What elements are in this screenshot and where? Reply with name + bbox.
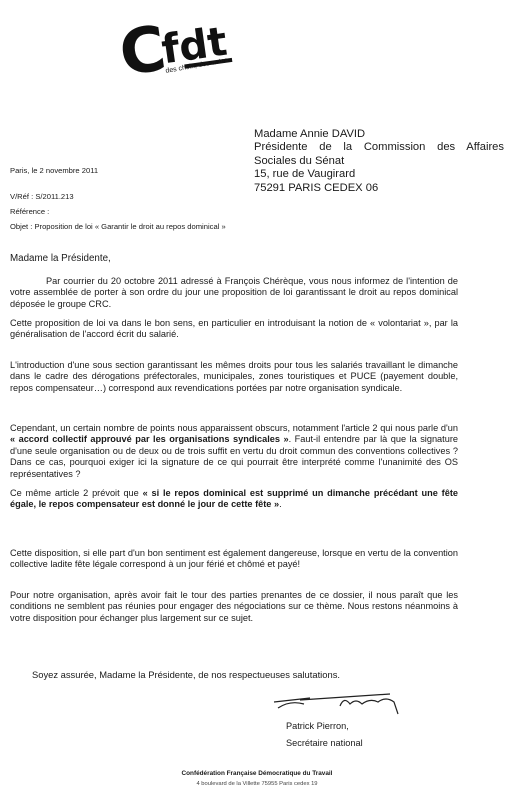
p4-text: Cependant, un certain nombre de points n… xyxy=(10,423,458,433)
cfdt-logo-icon: C fdt xyxy=(112,8,262,88)
signer-block: Patrick Pierron, Secrétaire national xyxy=(286,718,363,752)
salutation: Madame la Présidente, xyxy=(10,253,111,264)
paragraph-4: Cependant, un certain nombre de points n… xyxy=(10,423,458,480)
letter-date: Paris, le 2 novembre 2011 xyxy=(10,166,98,175)
recipient-address: Madame Annie DAVID Présidente de la Comm… xyxy=(254,128,504,195)
letter-reference: Référence : xyxy=(10,207,49,216)
handwritten-signature xyxy=(270,688,410,716)
recipient-title-2: Sociales du Sénat xyxy=(254,155,504,168)
letter-vref: V/Réf : S/2011.213 xyxy=(10,192,74,201)
paragraph-3: L'introduction d'une sous section garant… xyxy=(10,360,458,394)
letter-subject: Objet : Proposition de loi « Garantir le… xyxy=(10,222,226,231)
paragraph-7: Pour notre organisation, après avoir fai… xyxy=(10,590,458,624)
signer-name: Patrick Pierron, xyxy=(286,718,363,735)
paragraph-5: Ce même article 2 prévoit que « si le re… xyxy=(10,488,458,511)
footer-address: 4 boulevard de la Villette 75955 Paris c… xyxy=(0,781,514,787)
p5-text: Ce même article 2 prévoit que xyxy=(10,488,143,498)
signer-role: Secrétaire national xyxy=(286,735,363,752)
signature-icon xyxy=(270,688,410,716)
p5-text-2: . xyxy=(279,499,282,509)
recipient-city: 75291 PARIS CEDEX 06 xyxy=(254,182,504,195)
p4-emphasis: « accord collectif approuvé par les orga… xyxy=(10,434,289,444)
cfdt-logo: C fdt xyxy=(112,8,262,88)
recipient-title: Présidente de la Commission des Affaires xyxy=(254,141,504,154)
recipient-name: Madame Annie DAVID xyxy=(254,128,504,141)
paragraph-1: Par courrier du 20 octobre 2011 adressé … xyxy=(10,276,458,310)
recipient-street: 15, rue de Vaugirard xyxy=(254,168,504,181)
closing-line: Soyez assurée, Madame la Présidente, de … xyxy=(32,669,340,680)
paragraph-2: Cette proposition de loi va dans le bon … xyxy=(10,318,458,341)
footer-organization: Confédération Française Démocratique du … xyxy=(0,770,514,777)
paragraph-6: Cette disposition, si elle part d'un bon… xyxy=(10,548,458,571)
